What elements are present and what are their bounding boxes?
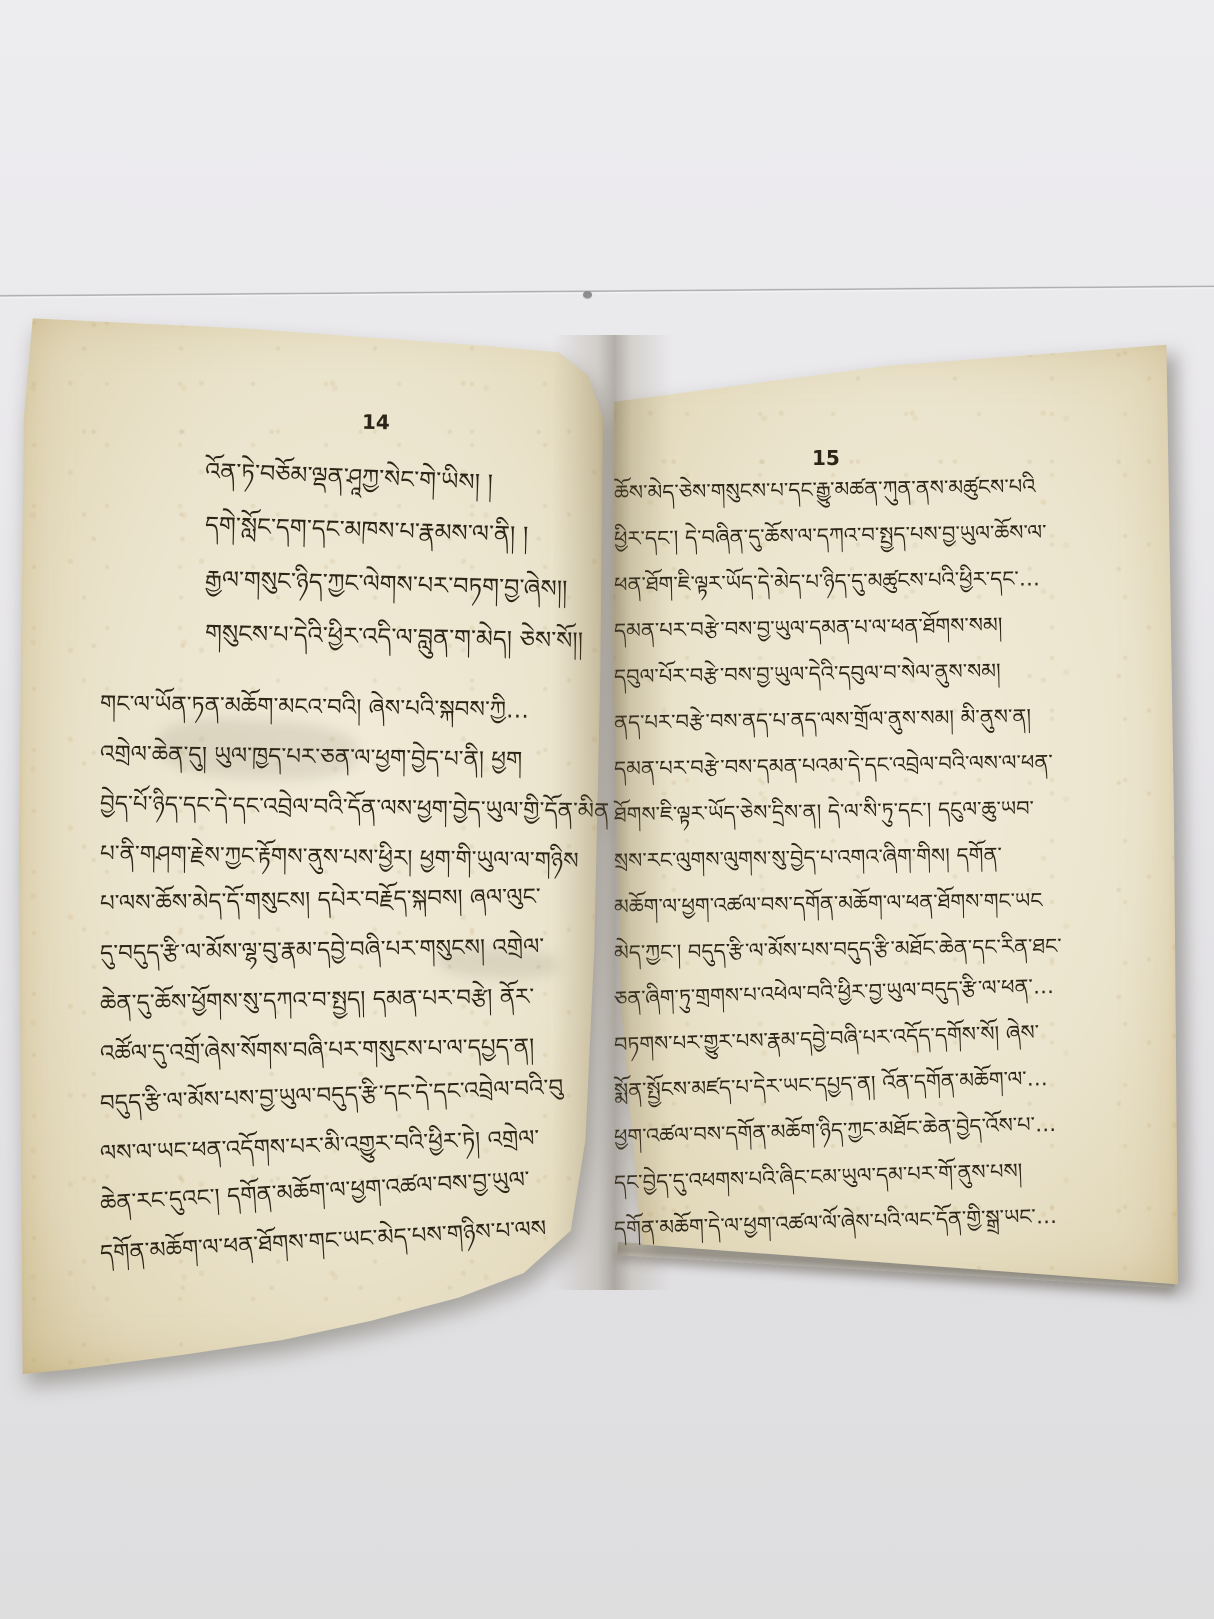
body-text-left: གང་ལ་ཡོན་ཏན་མཆོག་མངའ་བའི། ཞེས་པའི་སྐབས་ཀ… (100, 678, 608, 1278)
text-line: གསུངས་པ་དེའི་ཕྱིར་འདི་ལ་བླུན་ག་མེད། ཅེས་… (204, 607, 645, 670)
book-page-left: 14 འོན་ཏེ་བཅོམ་ལྡན་ཤཱཀྱ་སེང་གེ་ཡིས། །དགེ… (18, 312, 606, 1374)
table-seam-line (0, 283, 1214, 299)
body-text-right: ཆོས་མེད་ཅེས་གསུངས་པ་དང་རྒྱུ་མཚན་ཀུན་ནས་མ… (614, 470, 1166, 1252)
verse-block: འོན་ཏེ་བཅོམ་ལྡན་ཤཱཀྱ་སེང་གེ་ཡིས། །དགེ་སླ… (205, 445, 625, 661)
page-number-14: 14 (362, 410, 390, 434)
text-line: པ་ལས་ཆོས་མེད་དོ་གསུངས། དཔེར་བརྗོད་སྐབས། … (100, 870, 609, 928)
text-line: གང་ལ་ཡོན་ཏན་མཆོག་མངའ་བའི། ཞེས་པའི་སྐབས་ཀ… (100, 678, 609, 736)
text-line: བྱེད་པོ་ཉིད་དང་དེ་དང་འབྲེལ་བའི་དོན་ལས་ཕྱ… (100, 778, 609, 836)
book-page-right: 15 ཆོས་མེད་ཅེས་གསུངས་པ་དང་རྒྱུ་མཚན་ཀུན་ན… (598, 342, 1178, 1292)
text-line: ཆེན་དུ་ཆོས་ཕྱོགས་སུ་དཀའ་བ་སྤྱད། དམན་པར་བ… (100, 970, 609, 1028)
book-photo-scene: 14 འོན་ཏེ་བཅོམ་ལྡན་ཤཱཀྱ་སེང་གེ་ཡིས། །དགེ… (0, 0, 1214, 1619)
dust-speck (583, 291, 592, 298)
text-line: འགྲེལ་ཆེན་དུ། ཡུལ་ཁྱད་པར་ཅན་ལ་ཕྱག་བྱེད་པ… (100, 728, 609, 786)
text-line: དུ་བདུད་རྩི་ལ་མོས་ལྷ་བུ་རྣམ་དབྱེ་བཞི་པར་… (100, 920, 609, 978)
